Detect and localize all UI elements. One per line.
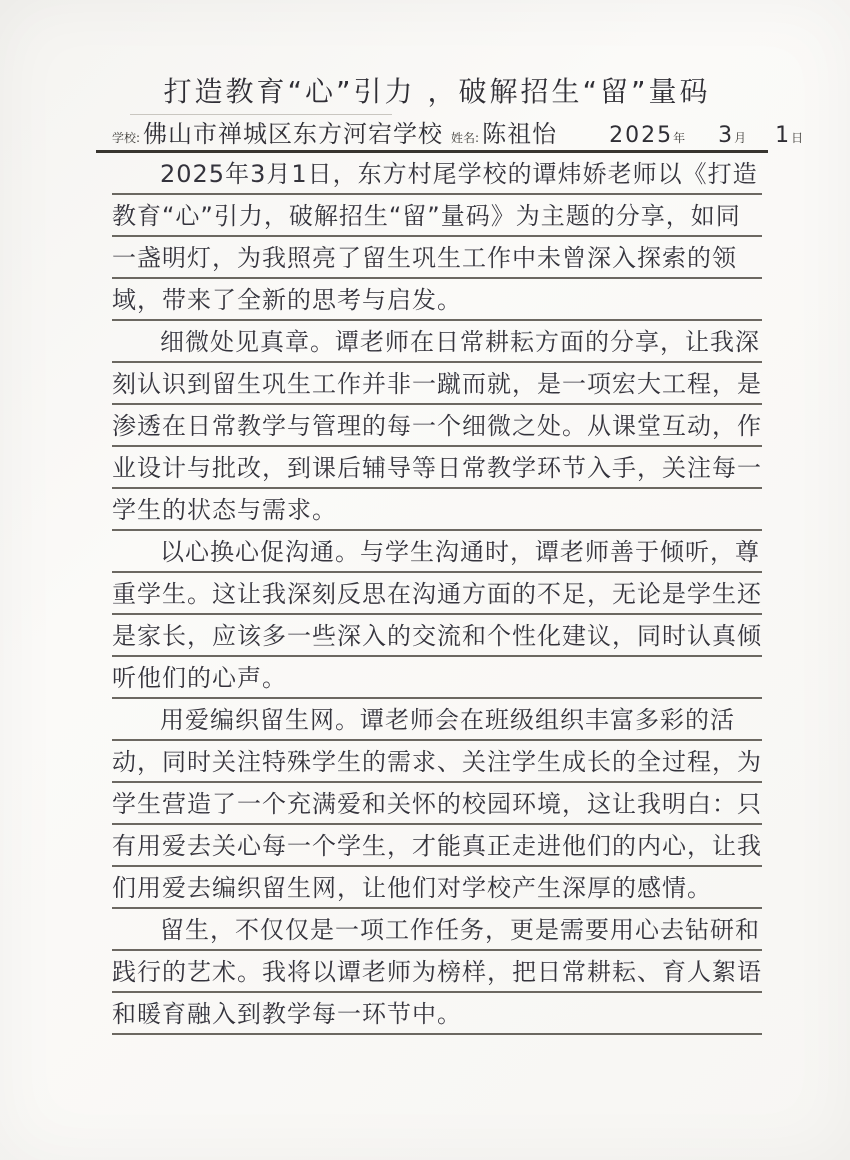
date-year-label: 年 [673,129,685,146]
paragraph-3: 以心换心促沟通。与学生沟通时，谭老师善于倾听，尊重学生。这让我深刻反思在沟通方面… [112,531,762,699]
essay-title: 打造教育“心”引力 ，破解招生“留”量码 [112,70,762,110]
author-name: 陈祖怡 [482,114,557,149]
paragraph-2: 细微处见真章。谭老师在日常耕耘方面的分享，让我深刻认识到留生巩生工作并非一蹴而就… [112,321,762,531]
header-meta-row: 学校: 佛山市禅城区东方河宕学校 姓名: 陈祖怡 2025 年 3 月 1 日 [112,114,762,149]
date-month-value: 3 [718,123,734,148]
paragraph-1: 2025年3月1日，东方村尾学校的谭炜娇老师以《打造教育“心”引力，破解招生“留… [112,153,762,321]
school-name: 佛山市禅城区东方河宕学校 [143,114,443,149]
paragraph-5: 留生，不仅仅是一项工作任务，更是需要用心去钻研和践行的艺术。我将以谭老师为榜样，… [112,909,762,1035]
date-year-value: 2025 [609,123,673,148]
essay-body: 2025年3月1日，东方村尾学校的谭炜娇老师以《打造教育“心”引力，破解招生“留… [112,153,762,1037]
paragraph-4: 用爱编织留生网。谭老师会在班级组织丰富多彩的活动，同时关注特殊学生的需求、关注学… [112,699,762,909]
date-day-label: 日 [791,129,803,146]
date-day-value: 1 [775,123,791,148]
school-label: 学校: [112,129,140,146]
scanned-handwritten-page: 打造教育“心”引力 ，破解招生“留”量码 学校: 佛山市禅城区东方河宕学校 姓名… [0,0,850,1160]
name-label: 姓名: [451,129,479,146]
date-month-label: 月 [734,129,746,146]
